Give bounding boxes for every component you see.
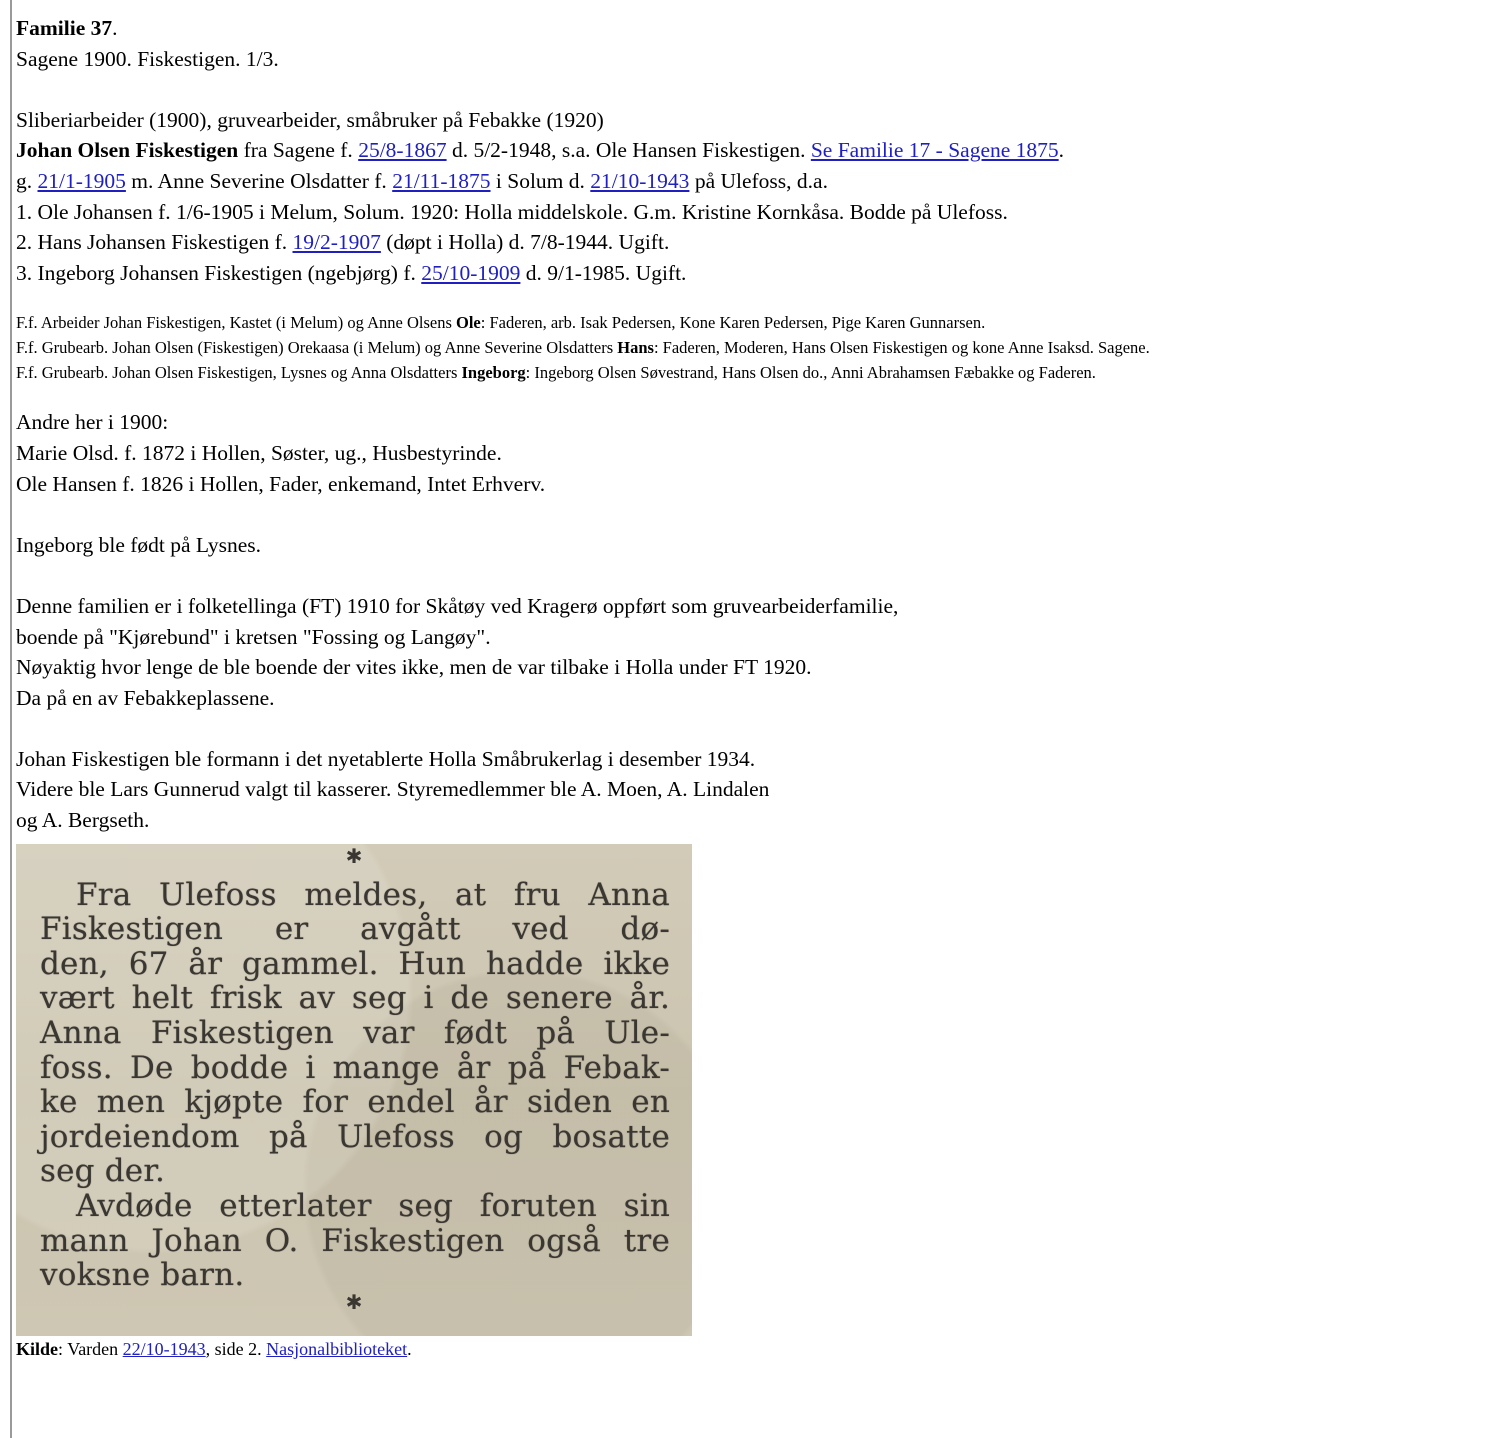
baptism-text: F.f. Grubearb. Johan Olsen (Fiskestigen)… <box>16 338 617 357</box>
clipping-line: mann Johan O. Fiskestigen også tre <box>40 1224 670 1259</box>
child-2-birth-date-link[interactable]: 19/2-1907 <box>293 230 381 254</box>
clipping-text: Fra Ulefoss meldes, at fru Anna Fiskesti… <box>40 878 670 1293</box>
census-note-line: Da på en av Febakkeplassene. <box>16 683 1496 714</box>
mother-death-date-link[interactable]: 21/10-1943 <box>590 169 689 193</box>
baptism-child-name: Ole <box>456 313 481 332</box>
newspaper-clipping-image: ✱ Fra Ulefoss meldes, at fru Anna Fiskes… <box>16 844 692 1336</box>
caption-text: . <box>407 1339 412 1359</box>
father-text: fra Sagene f. <box>238 138 358 162</box>
page-subtitle: Sagene 1900. Fiskestigen. 1/3. <box>16 44 1496 75</box>
newspaper-date-link[interactable]: 22/10-1943 <box>123 1339 206 1359</box>
nasjonalbiblioteket-link[interactable]: Nasjonalbiblioteket <box>266 1339 407 1359</box>
census-note-line: boende på "Kjørebund" i kretsen "Fossing… <box>16 622 1496 653</box>
page-content: Familie 37. Sagene 1900. Fiskestigen. 1/… <box>16 13 1496 1362</box>
caption-text: , side 2. <box>206 1339 267 1359</box>
marriage-line: g. 21/1-1905 m. Anne Severine Olsdatter … <box>16 166 1496 197</box>
baptism-record-hans: F.f. Grubearb. Johan Olsen (Fiskestigen)… <box>16 335 1496 360</box>
spacer <box>16 713 1496 744</box>
clipping-line: voksne barn. <box>40 1258 670 1293</box>
clipping-line: Fiskestigen er avgått ved dø- <box>40 912 670 947</box>
family-number: Familie 37 <box>16 16 112 40</box>
father-text: . <box>1059 138 1064 162</box>
marriage-text: g. <box>16 169 38 193</box>
clipping-caption: Kilde: Varden 22/10-1943, side 2. Nasjon… <box>16 1336 1496 1362</box>
child-1: 1. Ole Johansen f. 1/6-1905 i Melum, Sol… <box>16 197 1496 228</box>
child-text: d. 9/1-1985. Ugift. <box>520 261 686 285</box>
smallholder-note-line: Johan Fiskestigen ble formann i det nyet… <box>16 744 1496 775</box>
spacer <box>16 385 1496 407</box>
father-text: d. 5/2-1948, s.a. Ole Hansen Fiskestigen… <box>447 138 811 162</box>
baptism-text: : Ingeborg Olsen Søvestrand, Hans Olsen … <box>526 363 1096 382</box>
others-heading: Andre her i 1900: <box>16 407 1496 438</box>
page-title: Familie 37. <box>16 13 1496 44</box>
caption-text: : Varden <box>58 1339 123 1359</box>
baptism-text: : Faderen, arb. Isak Pedersen, Kone Kare… <box>481 313 985 332</box>
marriage-date-link[interactable]: 21/1-1905 <box>38 169 126 193</box>
clipping-line: den, 67 år gammel. Hun hadde ikke <box>40 947 670 982</box>
other-person: Marie Olsd. f. 1872 i Hollen, Søster, ug… <box>16 438 1496 469</box>
spacer <box>16 288 1496 310</box>
left-border-rule <box>10 0 12 1438</box>
baptism-child-name: Hans <box>617 338 654 357</box>
clipping-line: ke men kjøpte for endel år siden en <box>40 1085 670 1120</box>
birthplace-note: Ingeborg ble født på Lysnes. <box>16 530 1496 561</box>
baptism-text: F.f. Grubearb. Johan Olsen Fiskestigen, … <box>16 363 462 382</box>
clipping-line: seg der. <box>40 1154 670 1189</box>
child-text: 2. Hans Johansen Fiskestigen f. <box>16 230 293 254</box>
marriage-text: m. Anne Severine Olsdatter f. <box>126 169 392 193</box>
clipping-line: foss. De bodde i mange år på Febak- <box>40 1051 670 1086</box>
smallholder-note-line: Videre ble Lars Gunnerud valgt til kasse… <box>16 774 1496 805</box>
child-text: (døpt i Holla) d. 7/8-1944. Ugift. <box>381 230 669 254</box>
father-name: Johan Olsen Fiskestigen <box>16 138 238 162</box>
child-3-birth-date-link[interactable]: 25/10-1909 <box>421 261 520 285</box>
clipping-line: Avdøde etterlater seg foruten sin <box>40 1189 670 1224</box>
see-family-17-link[interactable]: Se Familie 17 - Sagene 1875 <box>811 138 1059 162</box>
father-birth-date-link[interactable]: 25/8-1867 <box>358 138 446 162</box>
child-text: 3. Ingeborg Johansen Fiskestigen (ngebjø… <box>16 261 421 285</box>
ornament-star-icon: ✱ <box>16 844 692 868</box>
title-period: . <box>112 16 117 40</box>
spacer <box>16 560 1496 591</box>
clipping-line: Fra Ulefoss meldes, at fru Anna <box>40 878 670 913</box>
baptism-record-ingeborg: F.f. Grubearb. Johan Olsen Fiskestigen, … <box>16 360 1496 385</box>
caption-label: Kilde <box>16 1339 58 1359</box>
ornament-star-icon: ✱ <box>16 1290 692 1314</box>
clipping-line: vært helt frisk av seg i de senere år. <box>40 981 670 1016</box>
census-note-line: Nøyaktig hvor lenge de ble boende der vi… <box>16 652 1496 683</box>
spacer <box>16 499 1496 530</box>
spacer <box>16 74 1496 105</box>
clipping-line: jordeiendom på Ulefoss og bosatte <box>40 1120 670 1155</box>
mother-birth-date-link[interactable]: 21/11-1875 <box>392 169 490 193</box>
baptism-text: F.f. Arbeider Johan Fiskestigen, Kastet … <box>16 313 456 332</box>
smallholder-note-line: og A. Bergseth. <box>16 805 1496 836</box>
baptism-child-name: Ingeborg <box>462 363 526 382</box>
child-2: 2. Hans Johansen Fiskestigen f. 19/2-190… <box>16 227 1496 258</box>
census-note-line: Denne familien er i folketellinga (FT) 1… <box>16 591 1496 622</box>
other-person: Ole Hansen f. 1826 i Hollen, Fader, enke… <box>16 469 1496 500</box>
baptism-record-ole: F.f. Arbeider Johan Fiskestigen, Kastet … <box>16 310 1496 335</box>
clipping-line: Anna Fiskestigen var født på Ule- <box>40 1016 670 1051</box>
marriage-text: i Solum d. <box>491 169 591 193</box>
child-3: 3. Ingeborg Johansen Fiskestigen (ngebjø… <box>16 258 1496 289</box>
marriage-text: på Ulefoss, d.a. <box>689 169 828 193</box>
baptism-text: : Faderen, Moderen, Hans Olsen Fiskestig… <box>654 338 1150 357</box>
father-line: Johan Olsen Fiskestigen fra Sagene f. 25… <box>16 135 1496 166</box>
occupation-line: Sliberiarbeider (1900), gruvearbeider, s… <box>16 105 1496 136</box>
